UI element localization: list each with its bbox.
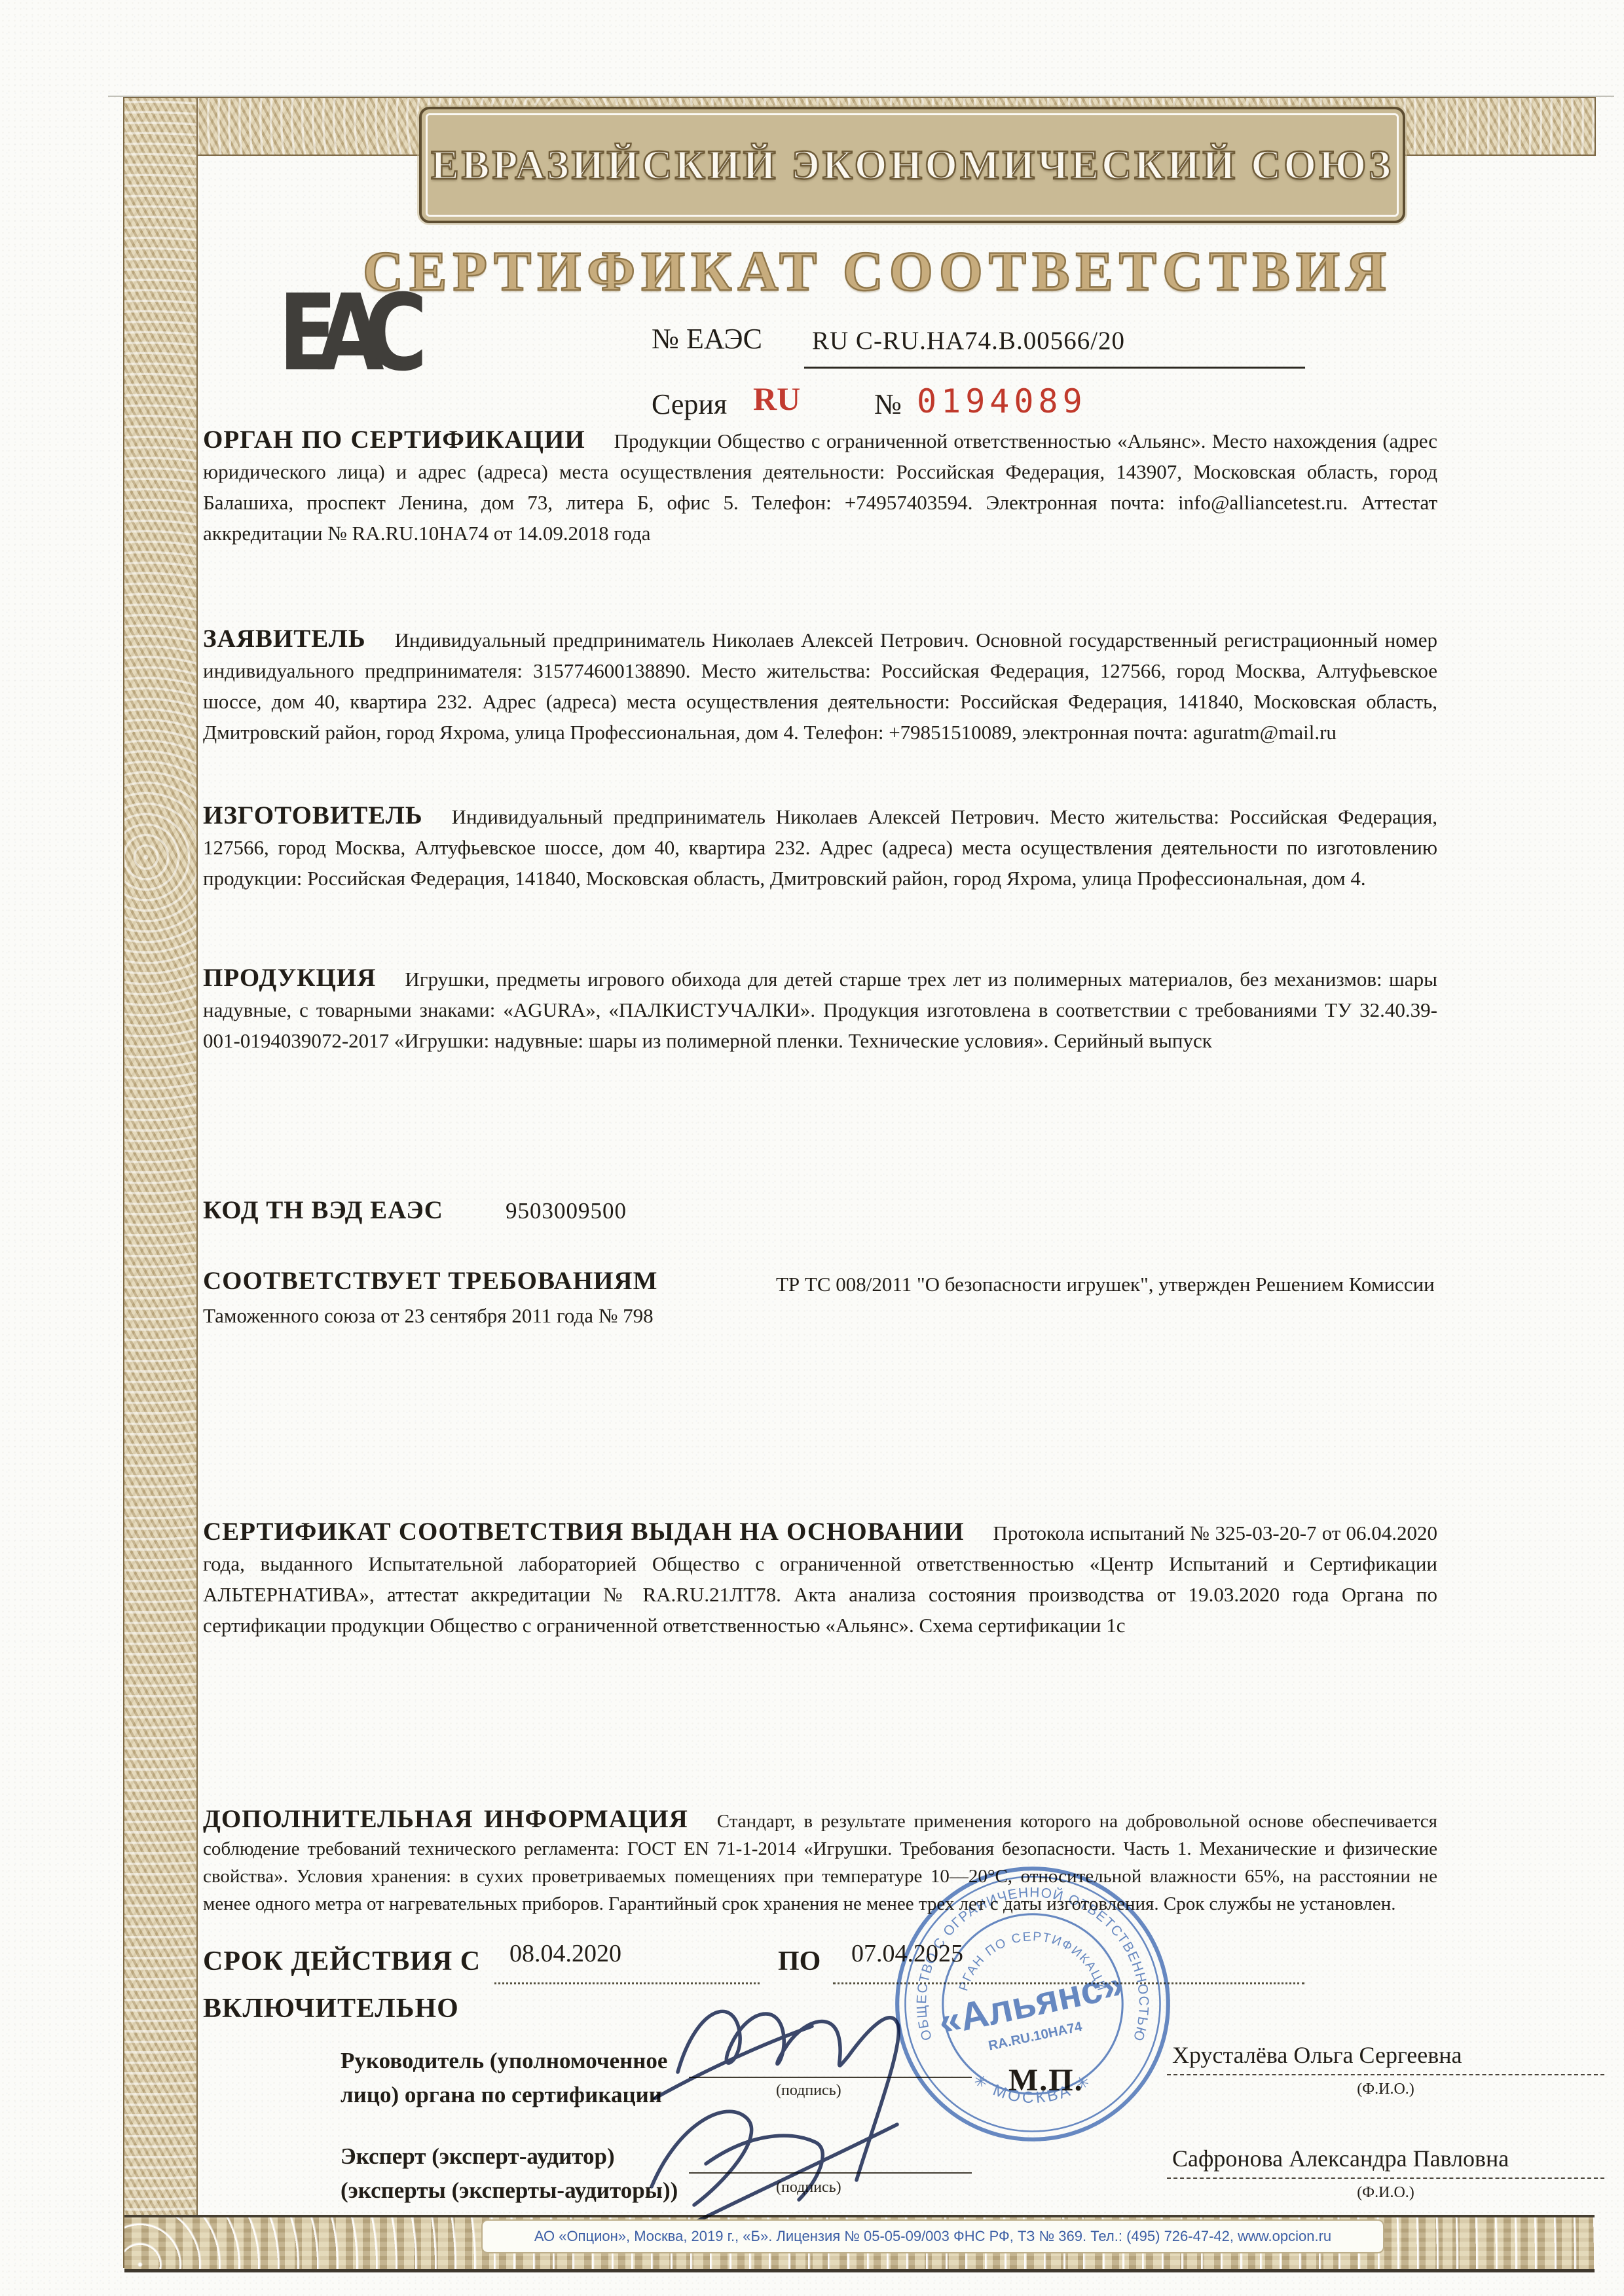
certificate-number-label: № ЕАЭС xyxy=(652,322,762,355)
series-value: RU xyxy=(753,380,800,418)
conforms-sub-text: Таможенного союза от 23 сентября 2011 го… xyxy=(203,1304,654,1328)
head-signer-name: Хрусталёва Ольга Сергеевна xyxy=(1172,2041,1617,2069)
validity-date-from: 08.04.2020 xyxy=(509,1939,621,1968)
expert-signer-name: Сафронова Александра Павловна xyxy=(1172,2145,1617,2172)
tnved-code-value: 9503009500 xyxy=(506,1198,627,1224)
conforms-regulation-text: ТР ТС 008/2011 "О безопасности игрушек",… xyxy=(776,1270,1437,1299)
head-name-line xyxy=(1167,2074,1604,2075)
validity-inclusive-label: ВКЛЮЧИТЕЛЬНО xyxy=(203,1993,459,2024)
series-number: 0194089 xyxy=(917,382,1087,420)
union-title-box: ЕВРАЗИЙСКИЙ ЭКОНОМИЧЕСКИЙ СОЮЗ xyxy=(419,107,1405,223)
series-label: Серия xyxy=(652,388,727,421)
handwritten-signatures xyxy=(616,1964,1022,2239)
printer-imprint-text: АО «Опцион», Москва, 2019 г., «Б». Лицен… xyxy=(534,2228,1331,2245)
section-applicant-text: Индивидуальный предприниматель Николаев … xyxy=(203,629,1437,744)
certificate-number-value: RU C-RU.HA74.B.00566/20 xyxy=(812,326,1125,355)
section-certification-body-label: ОРГАН ПО СЕРТИФИКАЦИИ xyxy=(203,426,585,454)
series-number-sign: № xyxy=(874,388,902,421)
section-applicant: ЗАЯВИТЕЛЬИндивидуальный предприниматель … xyxy=(203,623,1437,748)
section-products-text: Игрушки, предметы игрового обихода для д… xyxy=(203,968,1437,1052)
expert-signature-scribble xyxy=(652,2111,822,2205)
section-manufacturer-label: ИЗГОТОВИТЕЛЬ xyxy=(203,801,423,829)
section-manufacturer: ИЗГОТОВИТЕЛЬИндивидуальный предпринимате… xyxy=(203,800,1437,894)
eac-logo: ЕАС xyxy=(278,267,429,388)
expert-name-line xyxy=(1167,2178,1604,2179)
guilloche-border-left xyxy=(124,98,196,2267)
eac-logo-text: ЕАС xyxy=(278,271,428,388)
validity-label: СРОК ДЕЙСТВИЯ С xyxy=(203,1946,481,1977)
printer-imprint-pill: АО «Опцион», Москва, 2019 г., «Б». Лицен… xyxy=(481,2219,1384,2253)
conforms-label: СООТВЕТСТВУЕТ ТРЕБОВАНИЯМ xyxy=(203,1266,657,1296)
expert-signature-flourish xyxy=(694,2124,897,2223)
head-fio-caption: (Ф.И.О.) xyxy=(1167,2081,1604,2098)
certificate-number-underline xyxy=(804,367,1305,369)
union-title: ЕВРАЗИЙСКИЙ ЭКОНОМИЧЕСКИЙ СОЮЗ xyxy=(431,141,1393,189)
document-title: СЕРТИФИКАТ СООТВЕТСТВИЯ xyxy=(354,238,1401,304)
section-additional-info-label: ДОПОЛНИТЕЛЬНАЯ ИНФОРМАЦИЯ xyxy=(203,1805,688,1833)
section-products: ПРОДУКЦИЯИгрушки, предметы игрового обих… xyxy=(203,962,1437,1056)
expert-fio-caption: (Ф.И.О.) xyxy=(1167,2184,1604,2202)
section-issued-basis-label: СЕРТИФИКАТ СООТВЕТСТВИЯ ВЫДАН НА ОСНОВАН… xyxy=(203,1518,964,1546)
scan-edge-line xyxy=(108,96,1614,97)
tnved-code-label: КОД ТН ВЭД ЕАЭС xyxy=(203,1195,443,1225)
section-certification-body: ОРГАН ПО СЕРТИФИКАЦИИПродукции Общество … xyxy=(203,424,1437,549)
section-additional-info: ДОПОЛНИТЕЛЬНАЯ ИНФОРМАЦИЯСтандарт, в рез… xyxy=(203,1806,1437,1918)
section-issued-basis: СЕРТИФИКАТ СООТВЕТСТВИЯ ВЫДАН НА ОСНОВАН… xyxy=(203,1516,1437,1641)
section-products-label: ПРОДУКЦИЯ xyxy=(203,964,376,992)
section-applicant-label: ЗАЯВИТЕЛЬ xyxy=(203,625,366,653)
